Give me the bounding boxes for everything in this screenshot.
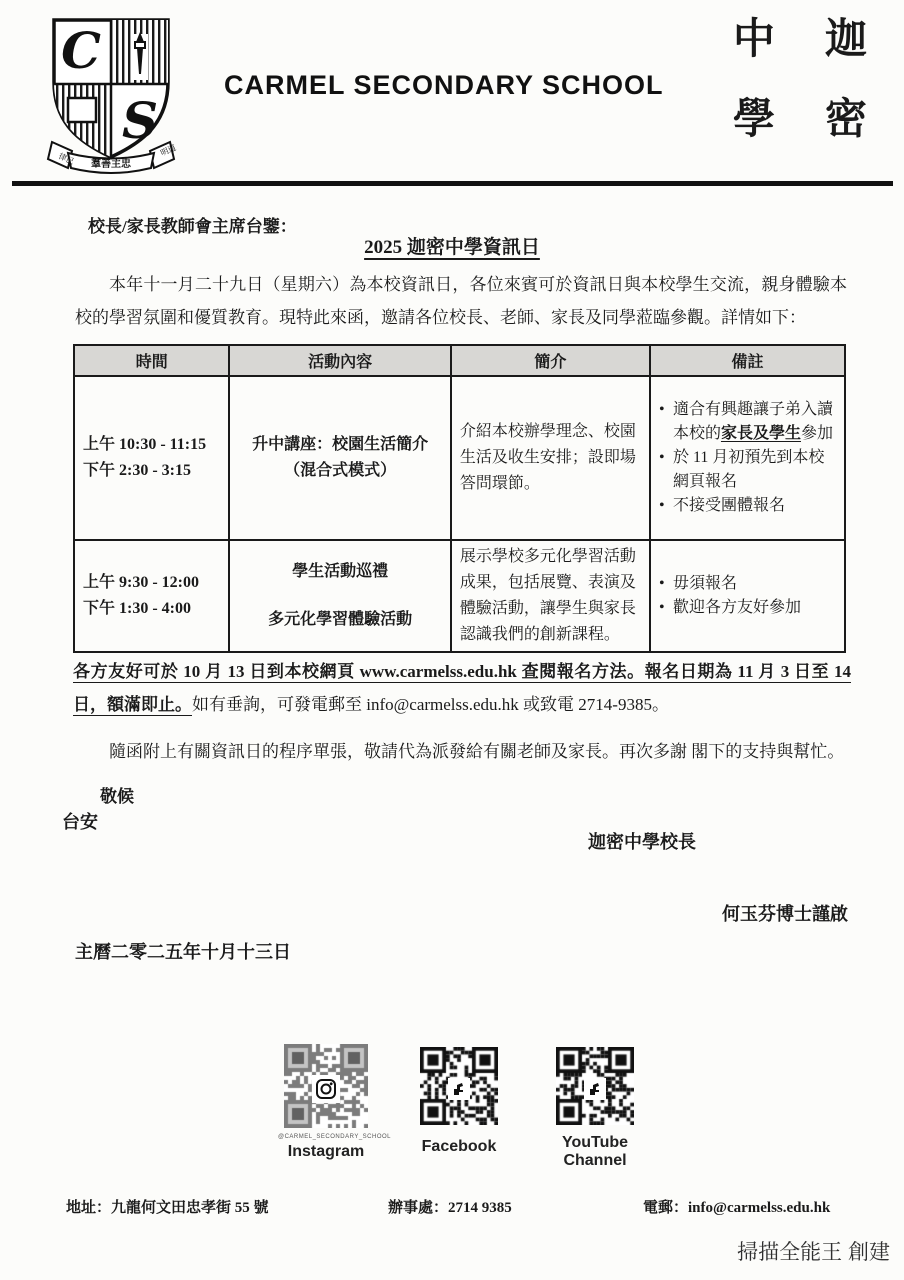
activity-line: 學生活動巡禮 — [238, 559, 441, 585]
qr-label-instagram: Instagram — [278, 1143, 374, 1161]
bullet-icon: • — [659, 572, 673, 596]
activity-cell: 學生活動巡禮 多元化學習體驗活動 — [229, 540, 450, 652]
zh-char-2: 迦 — [820, 18, 872, 62]
note-item: • 適合有興趣讓子弟入讀本校的家長及學生參加 — [659, 398, 836, 446]
closing-taian: 台安 — [62, 808, 98, 834]
zh-char-3: 學 — [728, 98, 780, 142]
footer-office-phone: 辦事處：2714 9385 — [388, 1196, 512, 1217]
instagram-icon — [312, 1075, 340, 1103]
header-divider — [12, 181, 893, 186]
note-item: • 歡迎各方友好參加 — [659, 596, 836, 620]
youtube-icon — [584, 1078, 606, 1100]
intro-cell: 展示學校多元化學習活動成果，包括展覽、表演及體驗活動，讓學生與家長認識我們的創新… — [451, 540, 650, 652]
col-header-time: 時間 — [74, 345, 229, 376]
col-header-notes: 備註 — [650, 345, 845, 376]
table-header-row: 時間 活動內容 簡介 備註 — [74, 345, 845, 376]
time-cell: 上午 10:30 - 11:15 下午 2:30 - 3:15 — [74, 376, 229, 540]
time-line: 下午 1:30 - 4:00 — [83, 596, 220, 622]
school-name-chinese: 中 迦 學 密 — [728, 18, 872, 142]
school-crest: C S 律己 羣善主忠 明道 — [44, 12, 178, 174]
paragraph-intro: 本年十一月二十九日（星期六）為本校資訊日，各位來賓可於資訊日與本校學生交流，親身… — [75, 268, 847, 334]
time-line: 上午 10:30 - 11:15 — [83, 432, 220, 458]
qr-group-youtube: YouTube Channel — [540, 1047, 650, 1170]
notes-cell: • 適合有興趣讓子弟入讀本校的家長及學生參加 • 於 11 月初預先到本校網頁報… — [650, 376, 845, 540]
qr-label-youtube: YouTube Channel — [540, 1134, 650, 1170]
scanner-watermark: 掃描全能王 創建 — [0, 1236, 890, 1266]
letter-title: 2025 迦密中學資訊日 — [0, 232, 904, 259]
letter-page: C S 律己 羣善主忠 明道 CARMEL SECONDARY SCHOOL 中… — [0, 0, 904, 1280]
time-line: 上午 9:30 - 12:00 — [83, 570, 220, 596]
intro-cell: 介紹本校辦學理念、校園生活及收生安排；設即場答問環節。 — [451, 376, 650, 540]
activity-line: （混合式模式） — [238, 458, 441, 484]
signature-title: 迦密中學校長 — [588, 828, 696, 854]
note-item: • 毋須報名 — [659, 572, 836, 596]
spacer — [238, 585, 441, 607]
time-cell: 上午 9:30 - 12:00 下午 1:30 - 4:00 — [74, 540, 229, 652]
note-item: • 不接受團體報名 — [659, 494, 836, 518]
notes-cell: • 毋須報名 • 歡迎各方友好參加 — [650, 540, 845, 652]
activity-line: 多元化學習體驗活動 — [238, 607, 441, 633]
crest-motto-center: 羣善主忠 — [91, 157, 132, 170]
paragraph-registration: 各方友好可於 10 月 13 日到本校網頁 www.carmelss.edu.h… — [73, 655, 851, 721]
closing-jinghou: 敬候 — [100, 782, 134, 807]
activity-cell: 升中講座：校園生活簡介 （混合式模式） — [229, 376, 450, 540]
crest-letter-s: S — [122, 91, 158, 150]
registration-rest: 如有垂詢，可發電郵至 info@carmelss.edu.hk 或致電 2714… — [192, 695, 669, 714]
zh-char-4: 密 — [820, 98, 872, 142]
school-name-english: CARMEL SECONDARY SCHOOL — [224, 70, 664, 101]
col-header-intro: 簡介 — [451, 345, 650, 376]
bullet-icon: • — [659, 494, 673, 518]
qr-label-facebook: Facebook — [415, 1138, 503, 1156]
bullet-icon: • — [659, 596, 673, 620]
instagram-handle: @CARMEL_SECONDARY_SCHOOL — [278, 1134, 374, 1140]
activity-line: 升中講座：校園生活簡介 — [238, 432, 441, 458]
qr-group-facebook: Facebook — [415, 1047, 503, 1156]
table-row: 上午 9:30 - 12:00 下午 1:30 - 4:00 學生活動巡禮 多元… — [74, 540, 845, 652]
table-row: 上午 10:30 - 11:15 下午 2:30 - 3:15 升中講座：校園生… — [74, 376, 845, 540]
paragraph-enclosure: 隨函附上有關資訊日的程序單張，敬請代為派發給有關老師及家長。再次多謝 閣下的支持… — [75, 735, 847, 768]
note-item: • 於 11 月初預先到本校網頁報名 — [659, 446, 836, 494]
bullet-icon: • — [659, 446, 673, 494]
time-line: 下午 2:30 - 3:15 — [83, 458, 220, 484]
footer-email: 電郵：info@carmelss.edu.hk — [643, 1196, 830, 1217]
qr-group-instagram: @CARMEL_SECONDARY_SCHOOL Instagram — [278, 1044, 374, 1161]
book-icon — [68, 98, 96, 122]
facebook-icon — [448, 1078, 470, 1100]
footer-address: 地址：九龍何文田忠孝街 55 號 — [66, 1196, 269, 1217]
bullet-icon: • — [659, 398, 673, 446]
schedule-table: 時間 活動內容 簡介 備註 上午 10:30 - 11:15 下午 2:30 -… — [73, 344, 846, 653]
letter-date: 主曆二零二五年十月十三日 — [75, 938, 291, 964]
zh-char-1: 中 — [728, 18, 780, 62]
crest-letter-c: C — [61, 21, 101, 80]
signature-name: 何玉芬博士謹啟 — [722, 900, 848, 926]
torch-icon — [132, 32, 148, 80]
col-header-activity: 活動內容 — [229, 345, 450, 376]
